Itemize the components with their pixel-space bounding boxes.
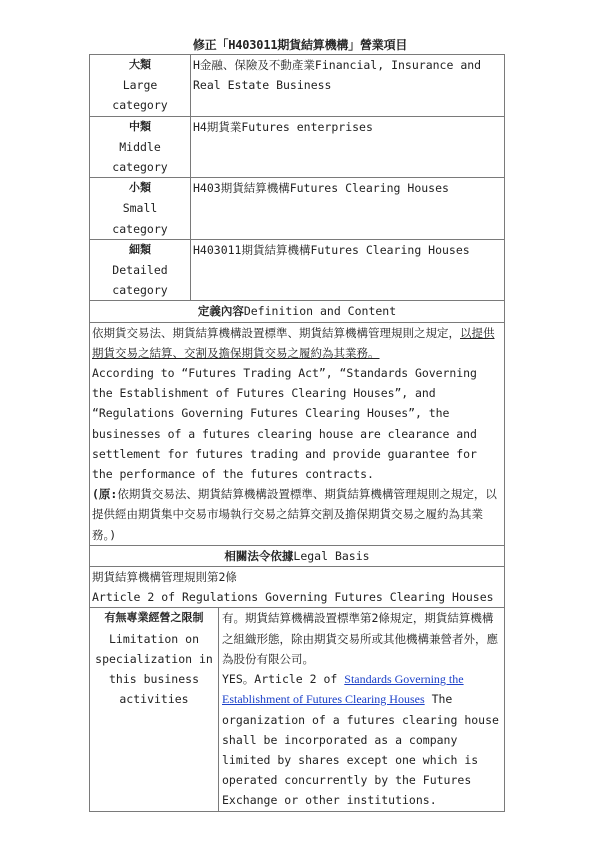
middle-category-label-zh: 中類 bbox=[92, 117, 188, 137]
definition-en: According to “Futures Trading Act”, “Sta… bbox=[92, 363, 502, 484]
legal-basis-en: Article 2 of Regulations Governing Futur… bbox=[92, 587, 502, 607]
limitation-label-zh: 有無專業經營之限制 bbox=[92, 608, 216, 628]
small-category-label: 小類 Small category bbox=[90, 178, 191, 240]
detailed-category-label-en-2: category bbox=[92, 280, 188, 300]
legal-basis-heading: 相關法令依據Legal Basis bbox=[90, 545, 505, 566]
limitation-en-prefix: YES。Article 2 of bbox=[222, 672, 344, 686]
definition-heading-zh: 定義內容 bbox=[198, 304, 244, 318]
legal-basis-zh: 期貨結算機構管理規則第2條 bbox=[92, 567, 502, 587]
row-small-category: 小類 Small category H403期貨結算機構Futures Clea… bbox=[90, 178, 505, 240]
limitation-row: 有無專業經營之限制 Limitation on specialization i… bbox=[90, 608, 504, 810]
small-category-label-zh: 小類 bbox=[92, 178, 188, 198]
definition-zh-plain: 依期貨交易法、期貨結算機構設置標準、期貨結算機構管理規則之規定， bbox=[92, 326, 460, 340]
definition-heading: 定義內容Definition and Content bbox=[90, 301, 505, 322]
limitation-label-en-4: activities bbox=[92, 689, 216, 709]
detailed-category-value: H403011期貨結算機構Futures Clearing Houses bbox=[191, 239, 505, 301]
large-category-label-en: Large category bbox=[92, 75, 188, 115]
row-legal-basis-content: 期貨結算機構管理規則第2條 Article 2 of Regulations G… bbox=[90, 567, 505, 608]
limitation-label-en-3: this business bbox=[92, 669, 216, 689]
definition-content: 依期貨交易法、期貨結算機構設置標準、期貨結算機構管理規則之規定，以提供期貨交易之… bbox=[90, 322, 505, 545]
limitation-label-en-1: Limitation on bbox=[92, 629, 216, 649]
row-limitation: 有無專業經營之限制 Limitation on specialization i… bbox=[90, 608, 505, 811]
large-category-label-zh: 大類 bbox=[92, 55, 188, 75]
middle-category-value: H4期貨業Futures enterprises bbox=[191, 116, 505, 178]
large-category-label: 大類 Large category bbox=[90, 55, 191, 117]
row-legal-basis-heading: 相關法令依據Legal Basis bbox=[90, 545, 505, 566]
detailed-category-label-en-1: Detailed bbox=[92, 260, 188, 280]
legal-basis-content: 期貨結算機構管理規則第2條 Article 2 of Regulations G… bbox=[90, 567, 505, 608]
detailed-category-label-zh: 細類 bbox=[92, 240, 188, 260]
small-category-label-en: Small category bbox=[92, 198, 188, 238]
detailed-category-label: 細類 Detailed category bbox=[90, 239, 191, 301]
middle-category-label-en: Middle category bbox=[92, 137, 188, 177]
large-category-value: H金融、保險及不動產業Financial, Insurance and Real… bbox=[191, 55, 505, 117]
row-large-category: 大類 Large category H金融、保險及不動產業Financial, … bbox=[90, 55, 505, 117]
definition-heading-en: Definition and Content bbox=[244, 304, 396, 318]
legal-basis-heading-zh: 相關法令依據 bbox=[224, 549, 293, 563]
middle-category-label: 中類 Middle category bbox=[90, 116, 191, 178]
page-title: 修正「H403011期貨結算機構」營業項目 bbox=[0, 37, 600, 53]
limitation-label: 有無專業經營之限制 Limitation on specialization i… bbox=[90, 608, 219, 810]
limitation-cell: 有無專業經營之限制 Limitation on specialization i… bbox=[90, 608, 505, 811]
definition-original-prefix: (原: bbox=[92, 487, 117, 501]
limitation-label-en-2: specialization in bbox=[92, 649, 216, 669]
limitation-table: 有無專業經營之限制 Limitation on specialization i… bbox=[90, 608, 504, 810]
limitation-en-suffix: The organization of a futures clearing h… bbox=[222, 692, 499, 807]
limitation-content-en: YES。Article 2 of Standards Governing the… bbox=[222, 669, 502, 810]
row-detailed-category: 細類 Detailed category H403011期貨結算機構Future… bbox=[90, 239, 505, 301]
row-definition-content: 依期貨交易法、期貨結算機構設置標準、期貨結算機構管理規則之規定，以提供期貨交易之… bbox=[90, 322, 505, 545]
definition-original: (原:依期貨交易法、期貨結算機構設置標準、期貨結算機構管理規則之規定，以提供經由… bbox=[92, 484, 502, 545]
row-middle-category: 中類 Middle category H4期貨業Futures enterpri… bbox=[90, 116, 505, 178]
definition-zh: 依期貨交易法、期貨結算機構設置標準、期貨結算機構管理規則之規定，以提供期貨交易之… bbox=[92, 323, 502, 363]
limitation-content-zh: 有。期貨結算機構設置標準第2條規定，期貨結算機構之組織形態，除由期貨交易所或其他… bbox=[222, 608, 502, 669]
legal-basis-heading-en: Legal Basis bbox=[293, 549, 369, 563]
row-definition-heading: 定義內容Definition and Content bbox=[90, 301, 505, 322]
small-category-value: H403期貨結算機構Futures Clearing Houses bbox=[191, 178, 505, 240]
limitation-content: 有。期貨結算機構設置標準第2條規定，期貨結算機構之組織形態，除由期貨交易所或其他… bbox=[219, 608, 505, 810]
business-item-table: 大類 Large category H金融、保險及不動產業Financial, … bbox=[89, 54, 505, 812]
definition-original-text: 依期貨交易法、期貨結算機構設置標準、期貨結算機構管理規則之規定，以提供經由期貨集… bbox=[92, 487, 497, 541]
